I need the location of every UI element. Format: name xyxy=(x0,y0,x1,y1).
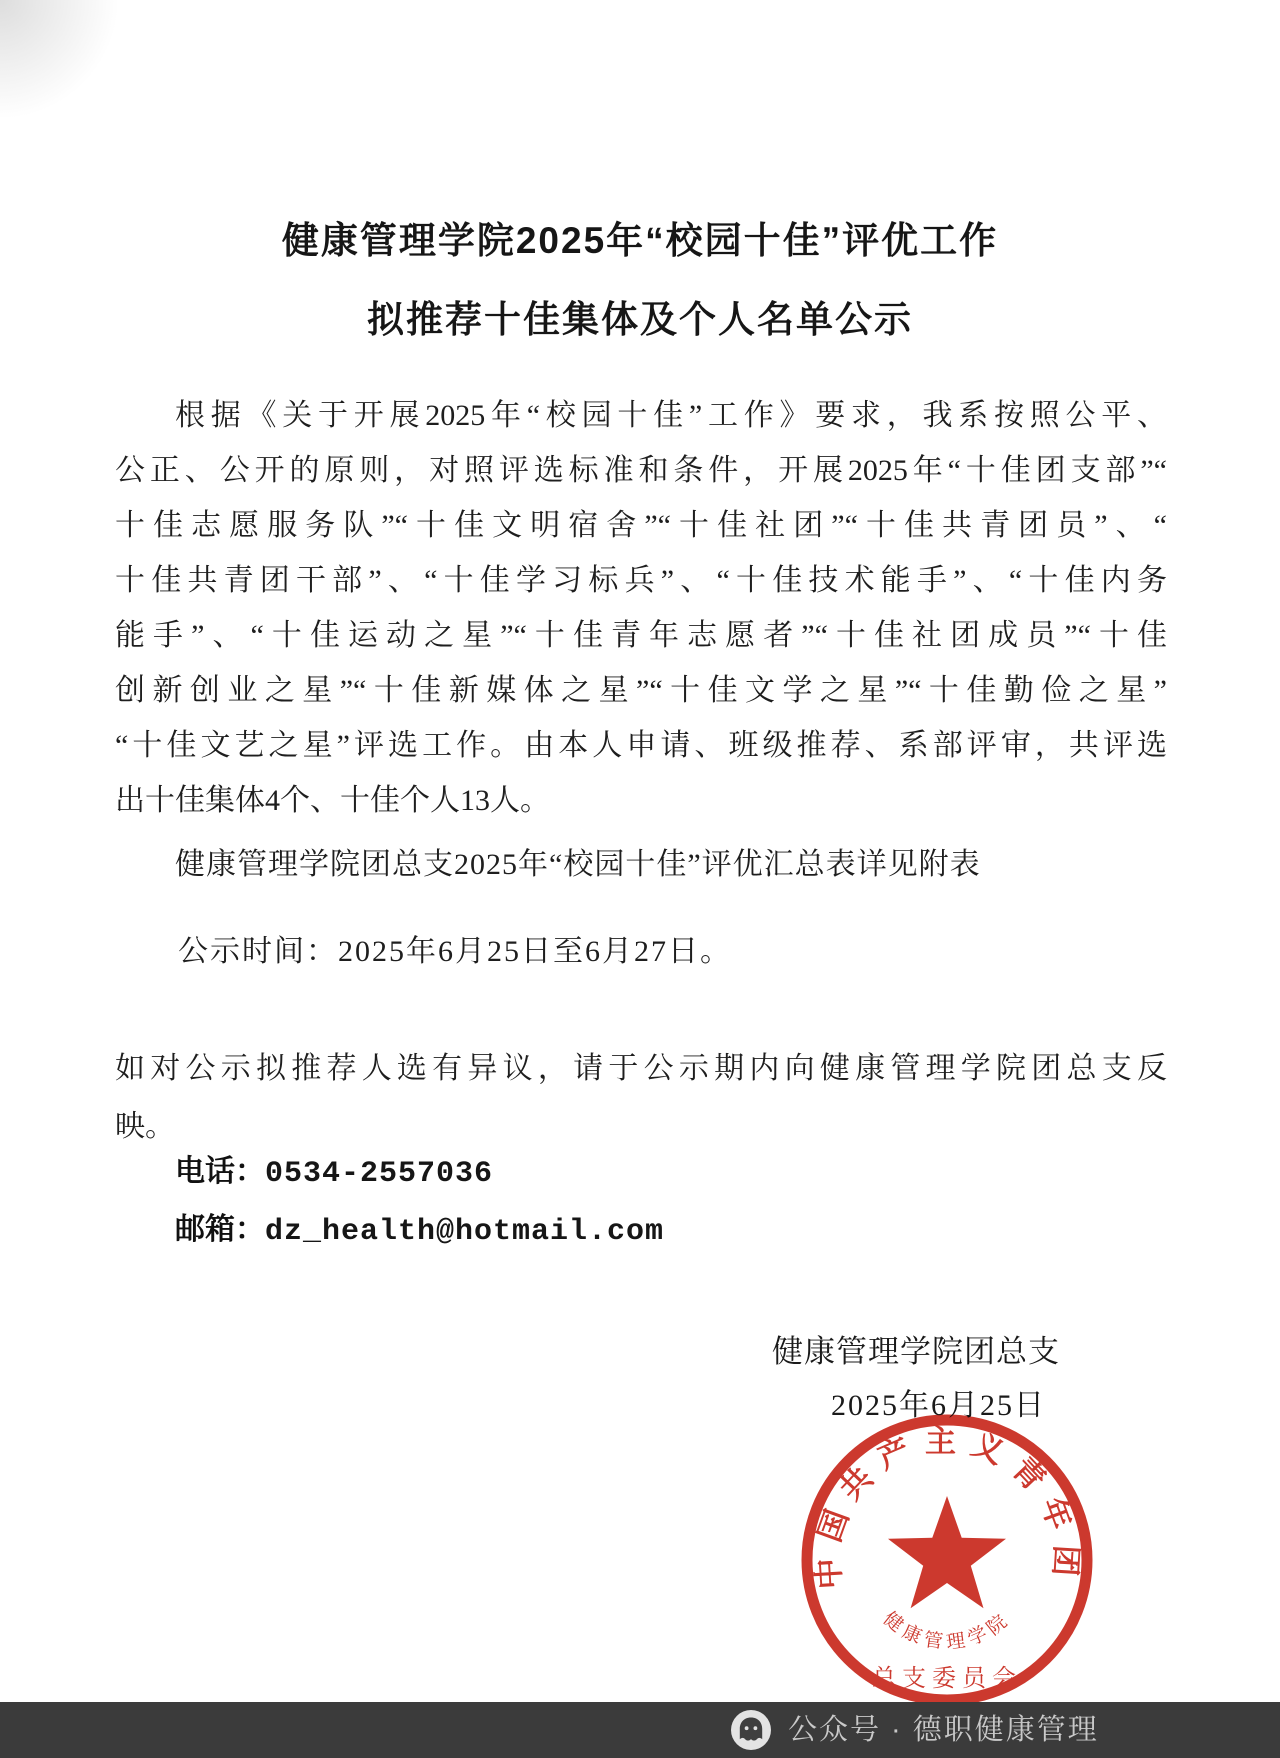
summary-table-note: 健康管理学院团总支2025年“校园十佳”评优汇总表详见附表 xyxy=(175,845,981,885)
document-title-line-2: 拟推荐十佳集体及个人名单公示 xyxy=(0,289,1280,343)
seal-inner-arc-text: 健康管理学院 xyxy=(879,1607,1015,1653)
wechat-official-account-icon xyxy=(731,1710,771,1750)
objection-paragraph: 如对公示拟推荐人选有异议，请于公示期内向健康管理学院团总支反 映。 xyxy=(115,1040,1167,1156)
email-address: dz_health@hotmail.com xyxy=(265,1215,664,1249)
paragraph-line: 出十佳集体4个、十佳个人13人。 xyxy=(115,773,1167,828)
body-paragraph-main: 根据《关于开展2025年“校园十佳”工作》要求，我系按照公平、 公正、公开的原则… xyxy=(115,388,1167,828)
paragraph-line: 根据《关于开展2025年“校园十佳”工作》要求，我系按照公平、 xyxy=(115,388,1167,443)
paragraph-line: 十佳志愿服务队”“十佳文明宿舍”“十佳社团”“十佳共青团员”、“ xyxy=(115,498,1167,553)
paragraph-line: 能手”、“十佳运动之星”“十佳青年志愿者”“十佳社团成员”“十佳 xyxy=(115,608,1167,663)
svg-text:健康管理学院: 健康管理学院 xyxy=(879,1607,1015,1653)
document-title-line-1: 健康管理学院2025年“校园十佳”评优工作 xyxy=(0,210,1280,264)
paragraph-line: 十佳共青团干部”、“十佳学习标兵”、“十佳技术能手”、“十佳内务 xyxy=(115,553,1167,608)
paragraph-line: 映。 xyxy=(115,1098,1167,1156)
seal-bottom-text: 总支委员会 xyxy=(872,1665,1022,1692)
announcement-document: 健康管理学院2025年“校园十佳”评优工作 拟推荐十佳集体及个人名单公示 根据《… xyxy=(0,0,1280,1758)
wechat-account-name: 公众号 · 德职健康管理 xyxy=(788,1702,1099,1758)
phone-label: 电话： xyxy=(175,1155,265,1188)
paragraph-line: “十佳文艺之星”评选工作。由本人申请、班级推荐、系部评审，共评选 xyxy=(115,718,1167,773)
signature-organization: 健康管理学院团总支 xyxy=(772,1326,1060,1371)
official-seal-stamp: 中国共产主义青年团 健康管理学院 总支委员会 xyxy=(799,1408,1095,1704)
paragraph-line: 如对公示拟推荐人选有异议，请于公示期内向健康管理学院团总支反 xyxy=(115,1040,1167,1098)
wechat-footer-bar: 公众号 · 德职健康管理 xyxy=(0,1702,1280,1758)
email-row: 邮箱：dz_health@hotmail.com xyxy=(175,1210,664,1252)
email-label: 邮箱： xyxy=(175,1213,265,1246)
paragraph-line: 公正、公开的原则，对照评选标准和条件，开展2025年“十佳团支部”“ xyxy=(115,443,1167,498)
paragraph-line: 创新创业之星”“十佳新媒体之星”“十佳文学之星”“十佳勤俭之星” xyxy=(115,663,1167,718)
publicity-period-line: 公示时间：2025年6月25日至6月27日。 xyxy=(178,932,732,972)
phone-row: 电话：0534-2557036 xyxy=(175,1152,493,1194)
phone-number: 0534-2557036 xyxy=(265,1157,493,1191)
seal-star-icon xyxy=(888,1496,1006,1608)
